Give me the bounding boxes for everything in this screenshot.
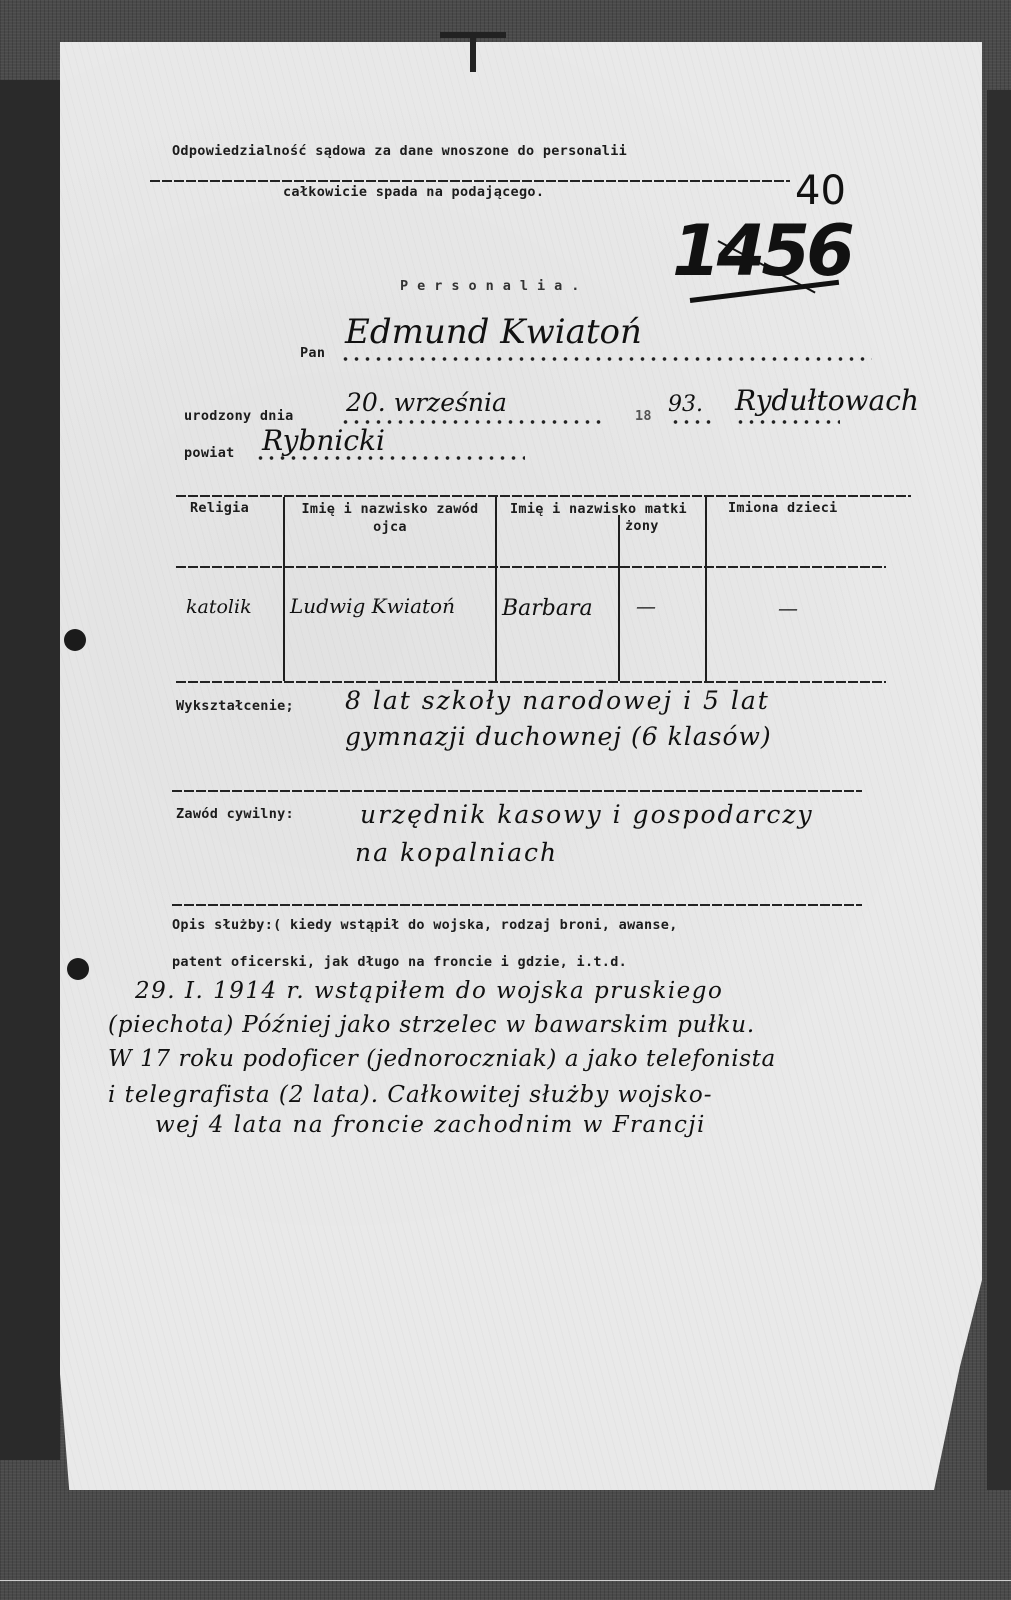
cell-mother: Barbara — [502, 596, 593, 621]
table-bottom-rule — [176, 681, 886, 683]
education-label: Wykształcenie; — [176, 698, 294, 714]
civil-profession-line-2: na kopalniach — [355, 838, 558, 867]
civil-profession-label: Zawód cywilny: — [176, 806, 294, 822]
education-rule — [172, 790, 862, 792]
service-label-line-1: Opis służby:( kiedy wstąpił do wojska, r… — [172, 917, 678, 933]
punch-hole-bottom — [67, 958, 89, 980]
header-rule — [150, 180, 790, 182]
birth-year-dotted-line — [670, 420, 712, 424]
service-line-5: wej 4 lata na froncie zachodnim w Francj… — [155, 1112, 706, 1138]
birth-year-suffix: 93. — [668, 392, 703, 417]
header-wife: żony — [625, 518, 659, 534]
civil-profession-line-1: urzędnik kasowy i gospodarczy — [360, 800, 814, 829]
table-col-divider-1 — [283, 497, 285, 681]
service-line-3: W 17 roku podoficer (jednoroczniak) a ja… — [108, 1046, 776, 1072]
cell-father: Ludwig Kwiatoń — [290, 594, 455, 618]
district-dotted-line — [255, 456, 525, 460]
education-line-1: 8 lat szkoły narodowej i 5 lat — [345, 686, 770, 715]
scan-right-edge — [987, 90, 1011, 1490]
punch-hole-top — [64, 629, 86, 651]
birth-year-prefix: 18 — [635, 408, 652, 424]
table-top-rule — [176, 495, 911, 497]
name-label: Pan — [300, 345, 325, 361]
header-children: Imiona dzieci — [728, 500, 838, 516]
district-label: powiat — [184, 445, 235, 461]
cell-religion: katolik — [186, 596, 252, 618]
page-number: 40 — [795, 168, 846, 214]
birth-place: Rydułtowach — [735, 384, 919, 417]
education-line-2: gymnazji duchownej (6 klasów) — [345, 722, 772, 751]
table-col-divider-3 — [618, 515, 620, 681]
scan-artifact-line — [0, 1580, 1011, 1581]
header-religion: Religia — [190, 500, 249, 516]
service-line-2: (piechota) Później jako strzelec w bawar… — [108, 1012, 755, 1038]
service-line-1: 29. I. 1914 r. wstąpiłem do wojska prusk… — [135, 978, 723, 1004]
table-col-divider-2 — [495, 497, 497, 681]
disclaimer-line-1: Odpowiedzialność sądowa za dane wnoszone… — [172, 143, 627, 159]
cell-wife: — — [636, 594, 656, 618]
district-value: Rybnicki — [262, 424, 385, 457]
header-father: Imię i nazwisko zawód ojca — [295, 500, 485, 536]
scan-left-edge — [0, 80, 60, 1460]
name-dotted-line — [340, 357, 872, 361]
birth-place-dotted-line — [735, 420, 840, 424]
civil-profession-rule — [172, 904, 862, 906]
disclaimer-line-2: całkowicie spada na podającego. — [283, 184, 544, 200]
name-value: Edmund Kwiatoń — [345, 312, 642, 352]
cell-children: — — [778, 596, 798, 620]
file-number: 1456 — [672, 210, 851, 292]
table-col-divider-4 — [705, 497, 707, 681]
service-line-4: i telegrafista (2 lata). Całkowitej służ… — [108, 1082, 713, 1108]
section-title: Personalia. — [400, 278, 588, 294]
birth-day-month: 20. września — [346, 388, 507, 417]
birth-label: urodzony dnia — [184, 408, 294, 424]
header-mother: Imię i nazwisko matki — [510, 500, 690, 518]
service-label-line-2: patent oficerski, jak długo na froncie i… — [172, 954, 627, 970]
paper-clip-stem — [470, 32, 476, 72]
